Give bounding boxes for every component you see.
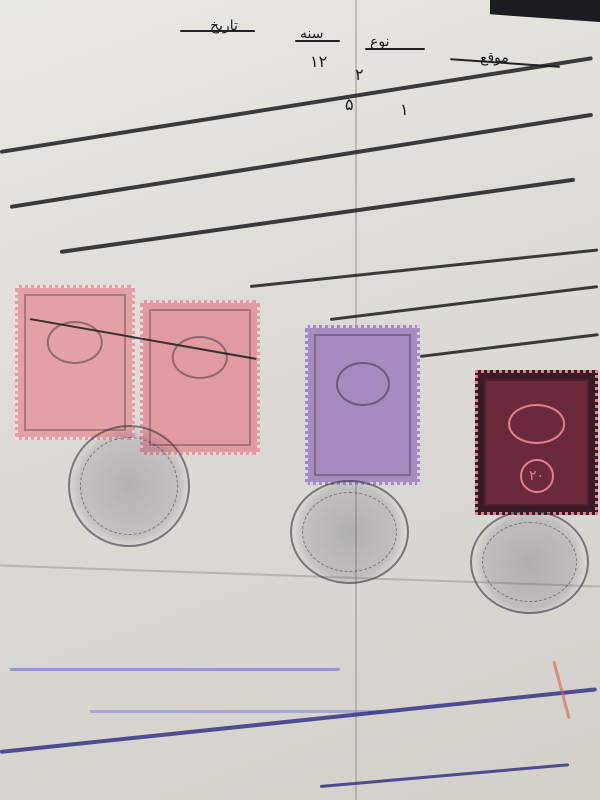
background-dark-corner xyxy=(490,0,600,22)
header-value-2: ۲ xyxy=(355,65,364,84)
revenue-stamp-violet xyxy=(305,325,420,485)
header-value-4: ۱ xyxy=(400,100,409,119)
header-value-1: ۱۲ xyxy=(310,52,327,71)
ink-seal-1 xyxy=(68,425,190,547)
ink-seal-2 xyxy=(290,480,409,584)
stamp-value: ۲۰ xyxy=(520,459,554,493)
revenue-stamp-red-black: ۲۰ xyxy=(475,370,598,515)
ink-seal-3 xyxy=(470,510,589,614)
revenue-stamp-pink-1 xyxy=(15,285,135,440)
